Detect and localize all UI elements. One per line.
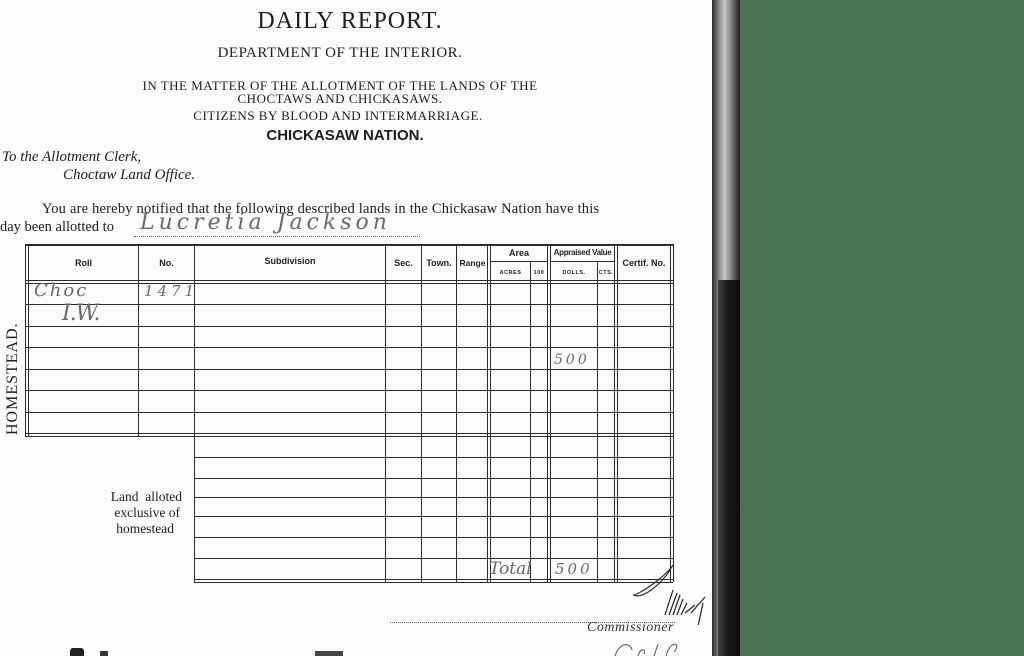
row-line [194, 478, 673, 479]
col-header-range: Range [457, 258, 488, 268]
partial-handwriting-icon [610, 640, 690, 656]
address-line2: Choctaw Land Office. [63, 167, 195, 184]
partial-bottom-mark [315, 651, 343, 656]
row-line [194, 516, 673, 517]
row-line [194, 497, 673, 498]
background-panel [740, 0, 1024, 656]
matter-heading-line2: CHOCTAWS AND CHICKASAWS. [238, 91, 443, 107]
col-header-acres: ACRES [491, 270, 530, 276]
col-border-right2 [673, 244, 674, 582]
scan-edge-shadow [718, 280, 740, 656]
col-header-certif-no: Certif. No. [618, 258, 670, 268]
table-top-border [25, 244, 673, 246]
nation-heading: CHICKASAW NATION. [266, 127, 423, 144]
col-header-appraised-value: Appraised Value [549, 248, 616, 257]
col-border-roll [138, 244, 139, 437]
notice-line2-prefix: day been allotted to [0, 219, 114, 236]
area-subheader-line [490, 261, 547, 262]
col-header-no: No. [139, 258, 194, 268]
allottee-name: Lucretia Jackson [140, 210, 391, 235]
col-border-left2 [28, 244, 29, 437]
col-border-left [25, 244, 26, 437]
col-header-hundredths: 100 [531, 270, 547, 276]
homestead-label: HOMESTEAD. [4, 322, 22, 435]
report-title: DAILY REPORT. [257, 8, 442, 35]
header-bottom-border [25, 280, 673, 281]
total-value: 500 [555, 560, 593, 578]
row1-no: 1471 [144, 282, 198, 300]
row-line [25, 347, 673, 348]
table-bottom-border2 [194, 582, 673, 583]
exclusive-label-line3: homestead [70, 521, 182, 537]
signature-scribble-icon [625, 555, 712, 625]
row-line [25, 369, 673, 370]
total-label: Total [489, 559, 532, 579]
col-border-dolls [597, 262, 598, 582]
exclusive-label-line2: exclusive of [70, 505, 182, 521]
row-line [194, 457, 673, 458]
row4-dolls: 500 [554, 352, 590, 368]
col-border-value [614, 244, 615, 582]
allottee-underline [134, 236, 420, 237]
homestead-bottom-border2 [25, 436, 673, 437]
col-border-sec [421, 244, 422, 582]
partial-bottom-mark [100, 651, 108, 656]
exclusive-label-line1: Land alloted [70, 489, 182, 505]
col-header-sec: Sec. [386, 258, 421, 268]
col-header-area: Area [491, 248, 547, 258]
exclusive-label: Land alloted exclusive of homestead [70, 489, 182, 537]
department-heading: DEPARTMENT OF THE INTERIOR. [218, 45, 463, 62]
exclusive-left-border [194, 437, 195, 582]
col-header-subdivision: Subdivision [195, 256, 385, 266]
header-bottom-border2 [25, 283, 673, 284]
address-line1: To the Allotment Clerk, [2, 149, 141, 166]
row-line [25, 412, 673, 413]
row-line [194, 558, 673, 559]
col-border-value2 [617, 244, 618, 582]
citizens-heading: CITIZENS BY BLOOD AND INTERMARRIAGE. [193, 108, 482, 124]
table-bottom-border [194, 579, 673, 580]
col-border-range2 [490, 244, 491, 582]
col-header-town: Town. [422, 258, 456, 268]
homestead-bottom-border [25, 433, 673, 434]
col-header-roll: Roll [29, 258, 138, 268]
commissioner-label: Commissioner [587, 620, 674, 636]
col-border-subdivision [385, 244, 386, 582]
col-border-area2 [550, 244, 551, 582]
row1-roll: Choc [34, 280, 88, 301]
partial-bottom-mark [70, 648, 84, 656]
col-border-range [487, 244, 488, 582]
col-border-acres [530, 262, 531, 582]
col-border-right [670, 244, 671, 582]
value-subheader-line [550, 261, 614, 262]
row2-roll: I.W. [62, 301, 99, 326]
row-line [194, 537, 673, 538]
row-line [25, 304, 673, 305]
col-border-town [456, 244, 457, 582]
col-header-dolls: DOLLS. [551, 270, 597, 276]
document-page: DAILY REPORT. DEPARTMENT OF THE INTERIOR… [0, 0, 712, 656]
row-line [25, 390, 673, 391]
col-header-cts: CTS. [598, 270, 614, 276]
row-line [25, 326, 673, 327]
col-border-area [547, 244, 548, 582]
